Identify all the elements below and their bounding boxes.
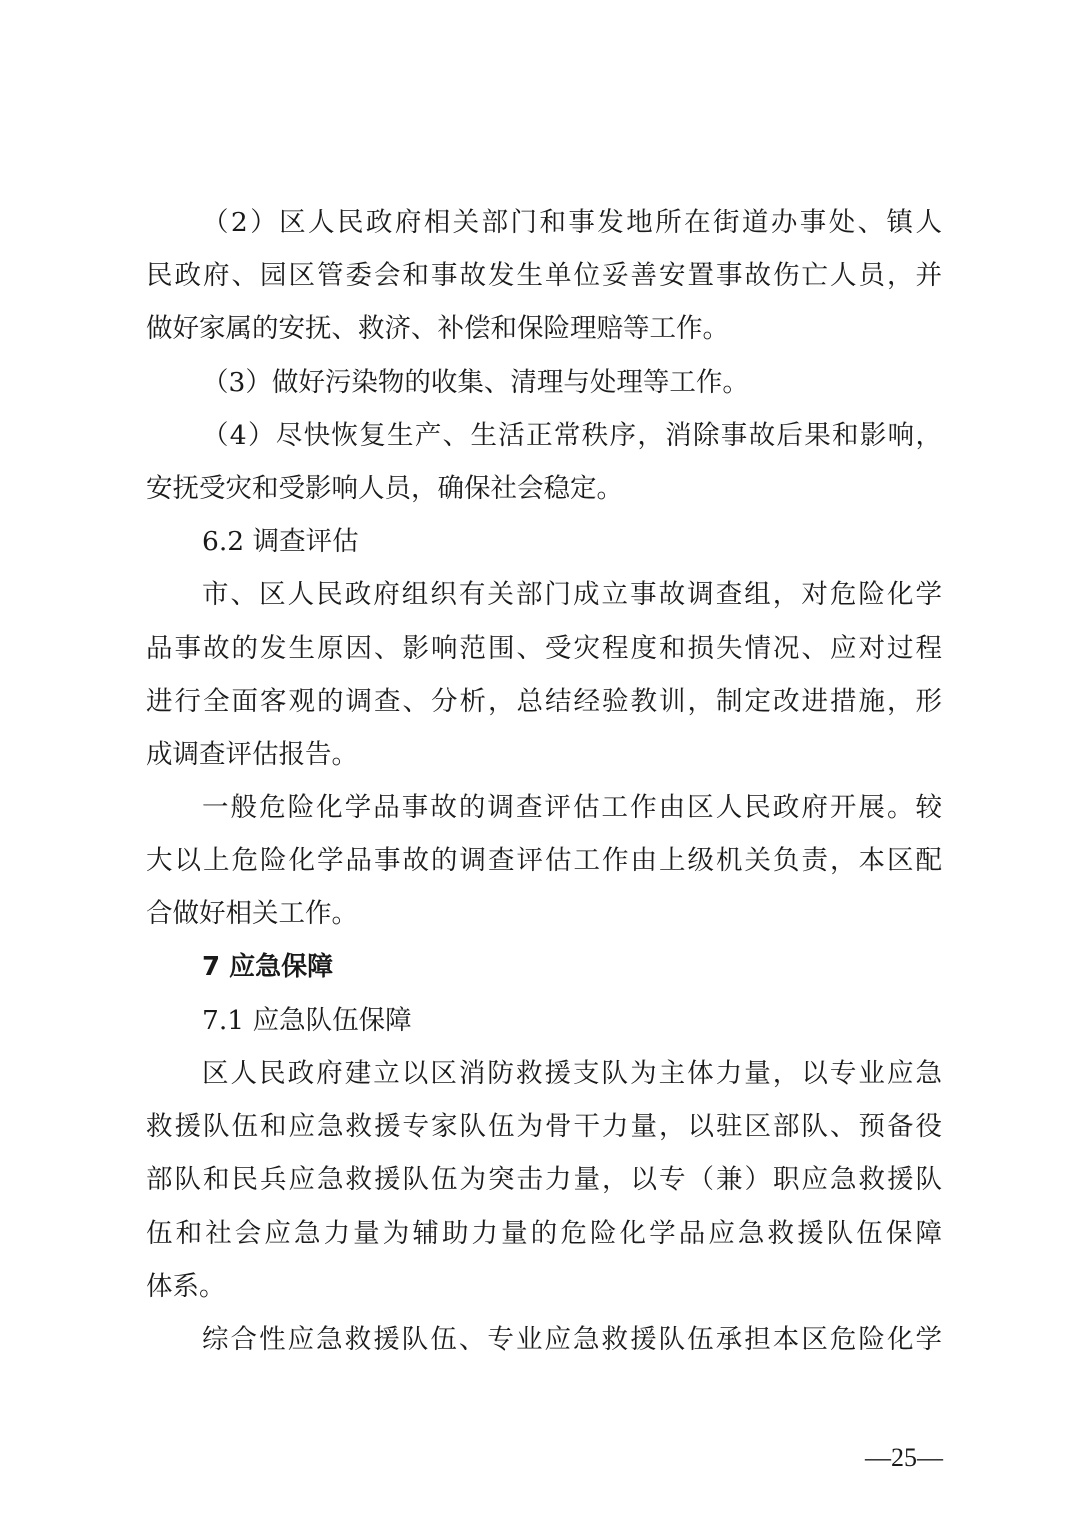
paragraph-line: 一般危险化学品事故的调查评估工作由区人民政府开展。较	[146, 781, 942, 834]
paragraph-line: 市、区人民政府组织有关部门成立事故调查组，对危险化学	[146, 568, 942, 621]
paragraph-line: 合做好相关工作。	[146, 887, 942, 940]
section-heading-7: 7 应急保障	[146, 941, 942, 994]
paragraph-line: （3）做好污染物的收集、清理与处理等工作。	[146, 356, 942, 409]
paragraph-line: （2）区人民政府相关部门和事发地所在街道办事处、镇人	[146, 196, 942, 249]
paragraph-line: 区人民政府建立以区消防救援支队为主体力量，以专业应急	[146, 1047, 942, 1100]
section-heading-6-2: 6.2 调查评估	[146, 515, 942, 568]
paragraph-line: 综合性应急救援队伍、专业应急救援队伍承担本区危险化学	[146, 1313, 942, 1366]
paragraph-line: （4）尽快恢复生产、生活正常秩序，消除事故后果和影响，	[146, 409, 942, 462]
paragraph-line: 部队和民兵应急救援队伍为突击力量，以专（兼）职应急救援队	[146, 1153, 942, 1206]
paragraph-line: 大以上危险化学品事故的调查评估工作由上级机关负责，本区配	[146, 834, 942, 887]
paragraph-line: 体系。	[146, 1260, 942, 1313]
page-number: —25—	[865, 1443, 943, 1473]
paragraph-line: 进行全面客观的调查、分析，总结经验教训，制定改进措施，形	[146, 675, 942, 728]
paragraph-line: 做好家属的安抚、救济、补偿和保险理赔等工作。	[146, 302, 942, 355]
paragraph-line: 伍和社会应急力量为辅助力量的危险化学品应急救援队伍保障	[146, 1207, 942, 1260]
section-heading-7-1: 7.1 应急队伍保障	[146, 994, 942, 1047]
paragraph-line: 成调查评估报告。	[146, 728, 942, 781]
paragraph-line: 品事故的发生原因、影响范围、受灾程度和损失情况、应对过程	[146, 622, 942, 675]
paragraph-line: 民政府、园区管委会和事故发生单位妥善安置事故伤亡人员，并	[146, 249, 942, 302]
paragraph-line: 安抚受灾和受影响人员，确保社会稳定。	[146, 462, 942, 515]
paragraph-line: 救援队伍和应急救援专家队伍为骨干力量，以驻区部队、预备役	[146, 1100, 942, 1153]
document-body: （2）区人民政府相关部门和事发地所在街道办事处、镇人 民政府、园区管委会和事故发…	[146, 196, 942, 1366]
